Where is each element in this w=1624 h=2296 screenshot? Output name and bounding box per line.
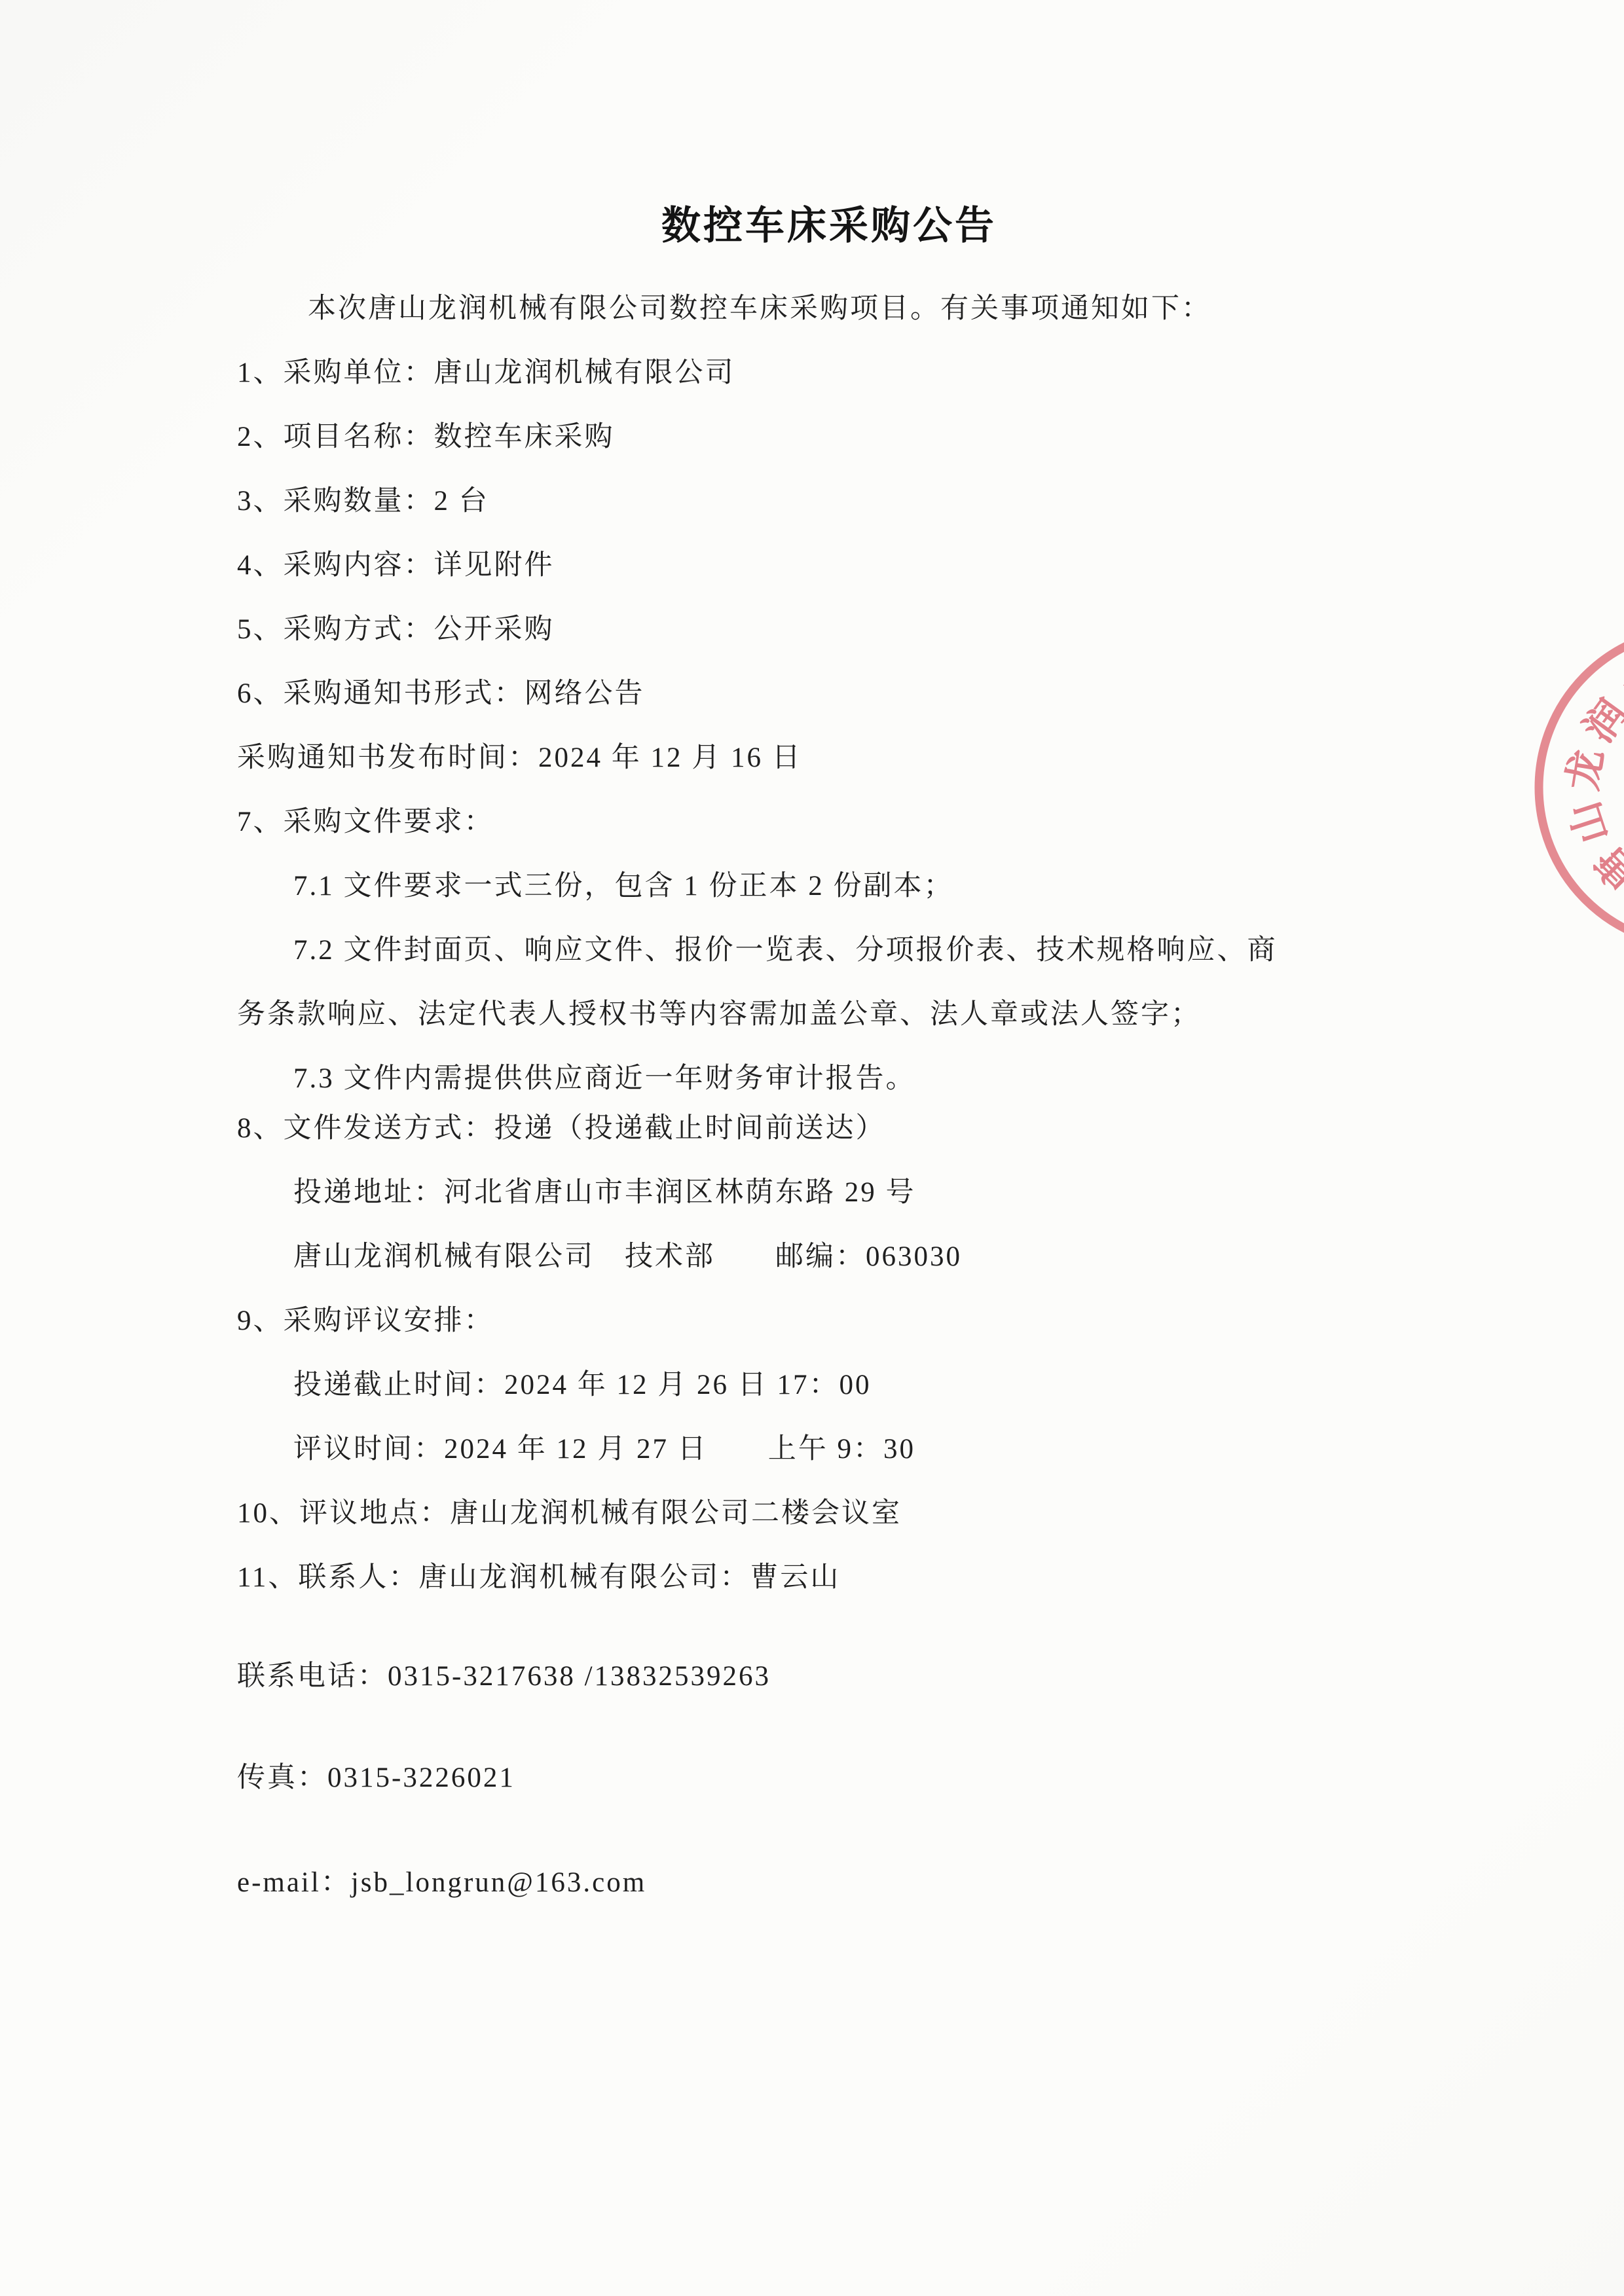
doc-line-publish-time: 采购通知书发布时间：2024 年 12 月 16 日 (237, 726, 1421, 790)
doc-line-fax: 传真：0315-3226021 (237, 1746, 1421, 1810)
doc-line-item-7-2-cont: 务条款响应、法定代表人授权书等内容需加盖公章、法人章或法人签字； (237, 983, 1421, 1047)
document-title: 数控车床采购公告 (237, 204, 1421, 247)
doc-line-delivery-deadline: 投递截止时间：2024 年 12 月 26 日 17：00 (237, 1353, 1421, 1417)
doc-line-delivery-address: 投递地址：河北省唐山市丰润区林荫东路 29 号 (237, 1161, 1421, 1225)
doc-line-contact-phone: 联系电话：0315-3217638 /13832539263 (237, 1645, 1421, 1709)
doc-line-email: e-mail：jsb_longrun@163.com (237, 1851, 1421, 1915)
intro-paragraph: 本次唐山龙润机械有限公司数控车床采购项目。有关事项通知如下： (237, 277, 1421, 341)
doc-line-review-time: 评议时间：2024 年 12 月 27 日 上午 9：30 (237, 1417, 1421, 1482)
doc-line-item-7-2: 7.2 文件封面页、响应文件、报价一览表、分项报价表、技术规格响应、商 (237, 919, 1421, 983)
doc-line-item-11: 11、联系人：唐山龙润机械有限公司：曹云山 (237, 1546, 1421, 1610)
doc-line-item-6: 6、采购通知书形式：网络公告 (237, 662, 1421, 726)
doc-line-item-8: 8、文件发送方式：投递（投递截止时间前送达） (237, 1097, 1421, 1161)
doc-line-item-9: 9、采购评议安排： (237, 1289, 1421, 1353)
doc-line-item-5: 5、采购方式：公开采购 (237, 598, 1421, 662)
doc-line-item-1: 1、采购单位：唐山龙润机械有限公司 (237, 341, 1421, 405)
scanned-document-page: 数控车床采购公告 本次唐山龙润机械有限公司数控车床采购项目。有关事项通知如下： … (0, 0, 1624, 2296)
doc-line-item-3: 3、采购数量：2 台 (237, 469, 1421, 534)
doc-line-company-dept-zip: 唐山龙润机械有限公司 技术部 邮编：063030 (237, 1225, 1421, 1289)
doc-line-item-7: 7、采购文件要求： (237, 790, 1421, 854)
doc-line-item-2: 2、项目名称：数控车床采购 (237, 405, 1421, 469)
doc-line-item-7-1: 7.1 文件要求一式三份，包含 1 份正本 2 份副本； (237, 854, 1421, 919)
doc-line-item-10: 10、评议地点：唐山龙润机械有限公司二楼会议室 (237, 1482, 1421, 1546)
doc-line-item-4: 4、采购内容：详见附件 (237, 534, 1421, 598)
document-body: 数控车床采购公告 本次唐山龙润机械有限公司数控车床采购项目。有关事项通知如下： … (0, 0, 1624, 1915)
